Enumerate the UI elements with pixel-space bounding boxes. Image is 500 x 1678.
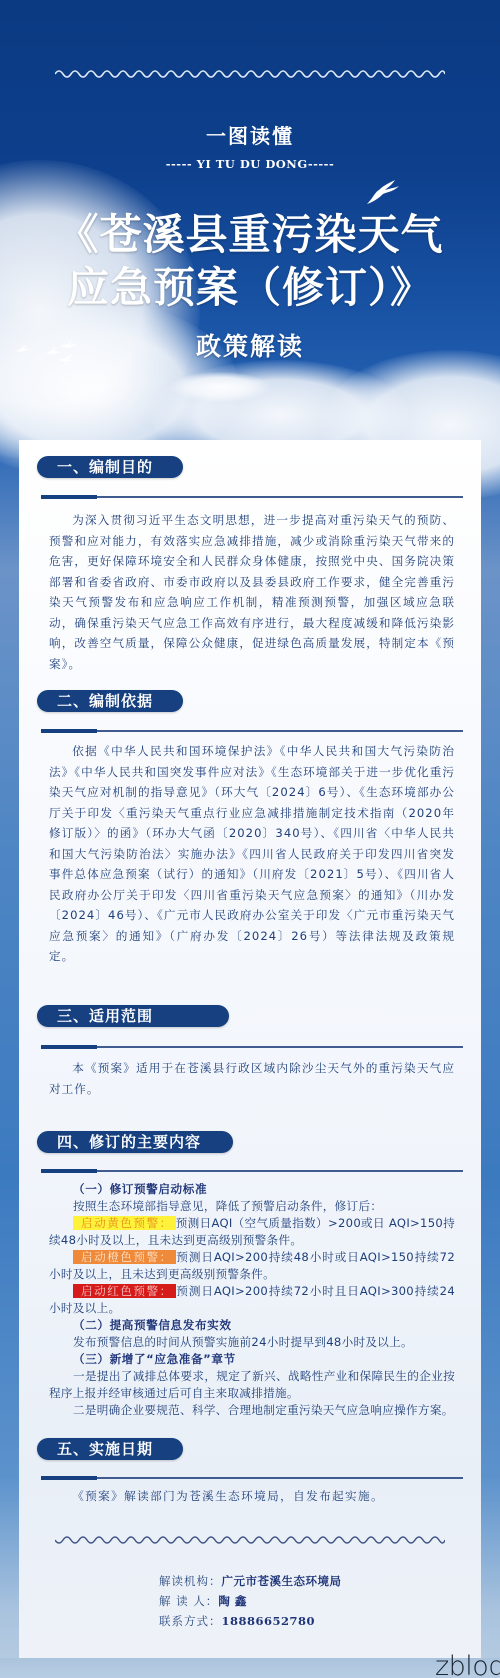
credit-person-value: 陶 鑫 <box>218 1591 247 1611</box>
credit-person-label: 解 读 人： <box>159 1591 218 1611</box>
watermark: zblog <box>435 1651 500 1678</box>
yellow-warning-tag: 启动黄色预警： <box>73 1216 176 1230</box>
poster: 一图读懂 ----- YI TU DU DONG----- 《苍溪县重污染天气 … <box>0 0 500 1678</box>
cloud-wisp <box>170 372 270 402</box>
section-rule <box>41 1046 463 1048</box>
orange-warning-item: 启动橙色预警：预测日AQI>200持续48小时或日AQI>150持续72小时及以… <box>49 1249 455 1283</box>
credit-contact: 联系方式： 18886652780 <box>159 1611 342 1631</box>
red-warning-tag: 启动红色预警： <box>73 1284 176 1298</box>
section-heading-scope: 三、适用范围 <box>37 1005 229 1027</box>
credit-org-value: 广元市苍溪生态环境局 <box>222 1571 342 1591</box>
section-rule <box>41 1477 463 1479</box>
section-body-basis: 依据《中华人民共和国环境保护法》《中华人民共和国大气污染防治法》《中华人民共和国… <box>49 741 455 967</box>
section-rule <box>41 496 463 498</box>
credit-org-label: 解读机构： <box>159 1571 222 1591</box>
warning-criteria-intro: 按照生态环境部指导意见，降低了预警启动条件，修订后： <box>49 1198 455 1215</box>
bird-icon <box>365 178 401 206</box>
section-heading-purpose: 一、编制目的 <box>37 456 183 478</box>
emergency-prep-text-2: 二是明确企业要规范、科学、合理地制定重污染天气应急响应操作方案。 <box>49 1402 455 1419</box>
subheading-emergency-prep: （三）新增了“应急准备”章节 <box>49 1351 455 1368</box>
header-kicker: 一图读懂 <box>0 120 500 149</box>
section-rule <box>41 730 463 732</box>
subheading-release-efficiency: （二）提高预警信息发布实效 <box>49 1317 455 1334</box>
bird-flock-icon <box>14 340 84 372</box>
section-body-purpose: 为深入贯彻习近平生态文明思想，进一步提高对重污染天气的预防、预警和应对能力，有效… <box>49 510 455 674</box>
section-rule <box>41 1170 463 1172</box>
section-heading-revisions: 四、修订的主要内容 <box>37 1131 233 1153</box>
subheading-warning-criteria: （一）修订预警启动标准 <box>49 1181 455 1198</box>
red-warning-item: 启动红色预警：预测日AQI>200持续72小时且日AQI>300持续24小时及以… <box>49 1283 455 1317</box>
revisions-body: （一）修订预警启动标准 按照生态环境部指导意见，降低了预警启动条件，修订后： 启… <box>49 1181 455 1419</box>
title-line-1: 《苍溪县重污染天气 <box>0 210 500 260</box>
credit-contact-value: 18886652780 <box>222 1611 316 1631</box>
credit-contact-label: 联系方式： <box>159 1611 222 1631</box>
credits: 解读机构： 广元市苍溪生态环境局 解 读 人： 陶 鑫 联系方式： 188866… <box>159 1571 342 1631</box>
emergency-prep-text-1: 一是提出了减排总体要求，规定了新兴、战略性产业和保障民生的企业按程序上报并经审核… <box>49 1368 455 1402</box>
content-panel: 一、编制目的 为深入贯彻习近平生态文明思想，进一步提高对重污染天气的预防、预警和… <box>19 440 481 1658</box>
credit-org: 解读机构： 广元市苍溪生态环境局 <box>159 1571 342 1591</box>
orange-warning-tag: 启动橙色预警： <box>73 1250 176 1264</box>
section-body-effective-date: 《预案》解读部门为苍溪生态环境局，自发布起实施。 <box>49 1486 455 1507</box>
title-line-2: 应急预案（修订）》 <box>0 263 500 313</box>
yellow-warning-item: 启动黄色预警：预测日AQI（空气质量指数）>200或日 AQI>150持续48小… <box>49 1215 455 1249</box>
section-body-scope: 本《预案》适用于在苍溪县行政区域内除沙尘天气外的重污染天气应对工作。 <box>49 1058 455 1099</box>
wave-divider-bottom <box>55 1536 445 1548</box>
release-efficiency-text: 发布预警信息的时间从预警实施前24小时提早到48小时及以上。 <box>49 1334 455 1351</box>
bottom-band <box>0 1658 500 1678</box>
credit-person: 解 读 人： 陶 鑫 <box>159 1591 342 1611</box>
section-heading-effective-date: 五、实施日期 <box>37 1438 183 1460</box>
wave-divider-top <box>55 66 445 78</box>
header-pinyin: ----- YI TU DU DONG----- <box>0 157 500 171</box>
section-heading-basis: 二、编制依据 <box>37 690 183 712</box>
